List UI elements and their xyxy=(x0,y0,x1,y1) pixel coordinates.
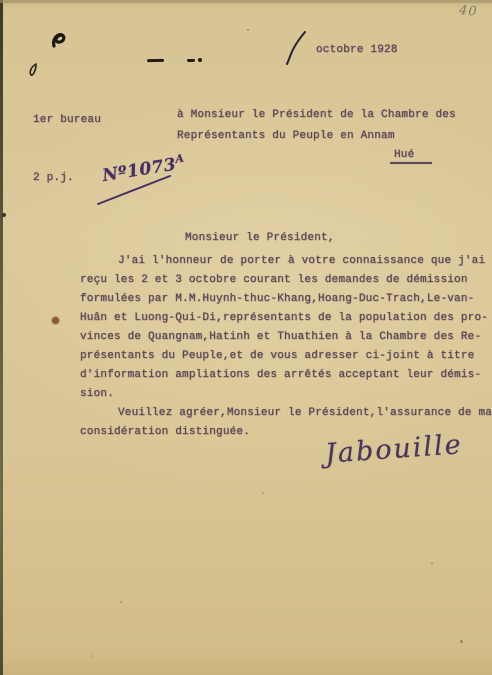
pieces-jointes-label: 2 p.j. xyxy=(33,172,74,184)
folio-number: 40 xyxy=(458,3,478,20)
paper-speck xyxy=(120,601,122,603)
body-line: Veuillez agréer,Monsieur le Président,l'… xyxy=(80,404,480,423)
body-line: formulées par M.M.Huynh-thuc-Khang,Hoang… xyxy=(80,290,480,309)
recipient-line-2: Représentants du Peuple en Annam xyxy=(177,130,395,142)
place-name: Hué xyxy=(394,149,414,161)
body-line: sion. xyxy=(80,385,480,404)
body-line: Huân et Luong-Qui-Di,représentants de la… xyxy=(80,309,480,328)
ink-squiggle-mark-icon xyxy=(50,31,68,51)
handwritten-day-stroke xyxy=(284,30,308,66)
ink-dash-mark xyxy=(187,59,195,62)
ink-dot-mark xyxy=(198,58,202,62)
body-line: J'ai l'honneur de porter à votre connais… xyxy=(80,252,480,271)
paper-speck xyxy=(431,562,433,564)
paper-speck xyxy=(262,492,264,494)
letter-body: J'ai l'honneur de porter à votre connais… xyxy=(80,252,480,442)
salutation: Monsieur le Président, xyxy=(185,232,335,244)
body-line: d'information ampliations des arrêtés ac… xyxy=(80,366,480,385)
body-line: vinces de Quangnam,Hatinh et Thuathien à… xyxy=(80,328,480,347)
paper-speck xyxy=(460,640,463,643)
place-underline xyxy=(390,162,432,164)
paper-speck xyxy=(90,655,92,657)
ink-dash-mark xyxy=(147,59,164,62)
paper-speck xyxy=(2,213,6,217)
ink-tick-mark-icon xyxy=(27,62,40,77)
reference-number-suffix: A xyxy=(174,152,185,166)
paper-speck xyxy=(247,29,249,31)
date-typed: octobre 1928 xyxy=(316,44,398,56)
body-line: présentants du Peuple,et de vous adresse… xyxy=(80,347,480,366)
reference-underline-stroke xyxy=(96,170,174,206)
recipient-line-1: à Monsieur le Président de la Chambre de… xyxy=(177,109,456,121)
body-line: reçu les 2 et 3 octobre courant les dema… xyxy=(80,271,480,290)
scan-edge-top xyxy=(0,0,492,3)
scanned-letter-page: 40 octobre 1928 1er bureau à Monsieur le… xyxy=(0,0,492,675)
scan-edge-left xyxy=(0,0,3,675)
bureau-label: 1er bureau xyxy=(33,114,101,126)
paper-stain xyxy=(52,317,59,324)
